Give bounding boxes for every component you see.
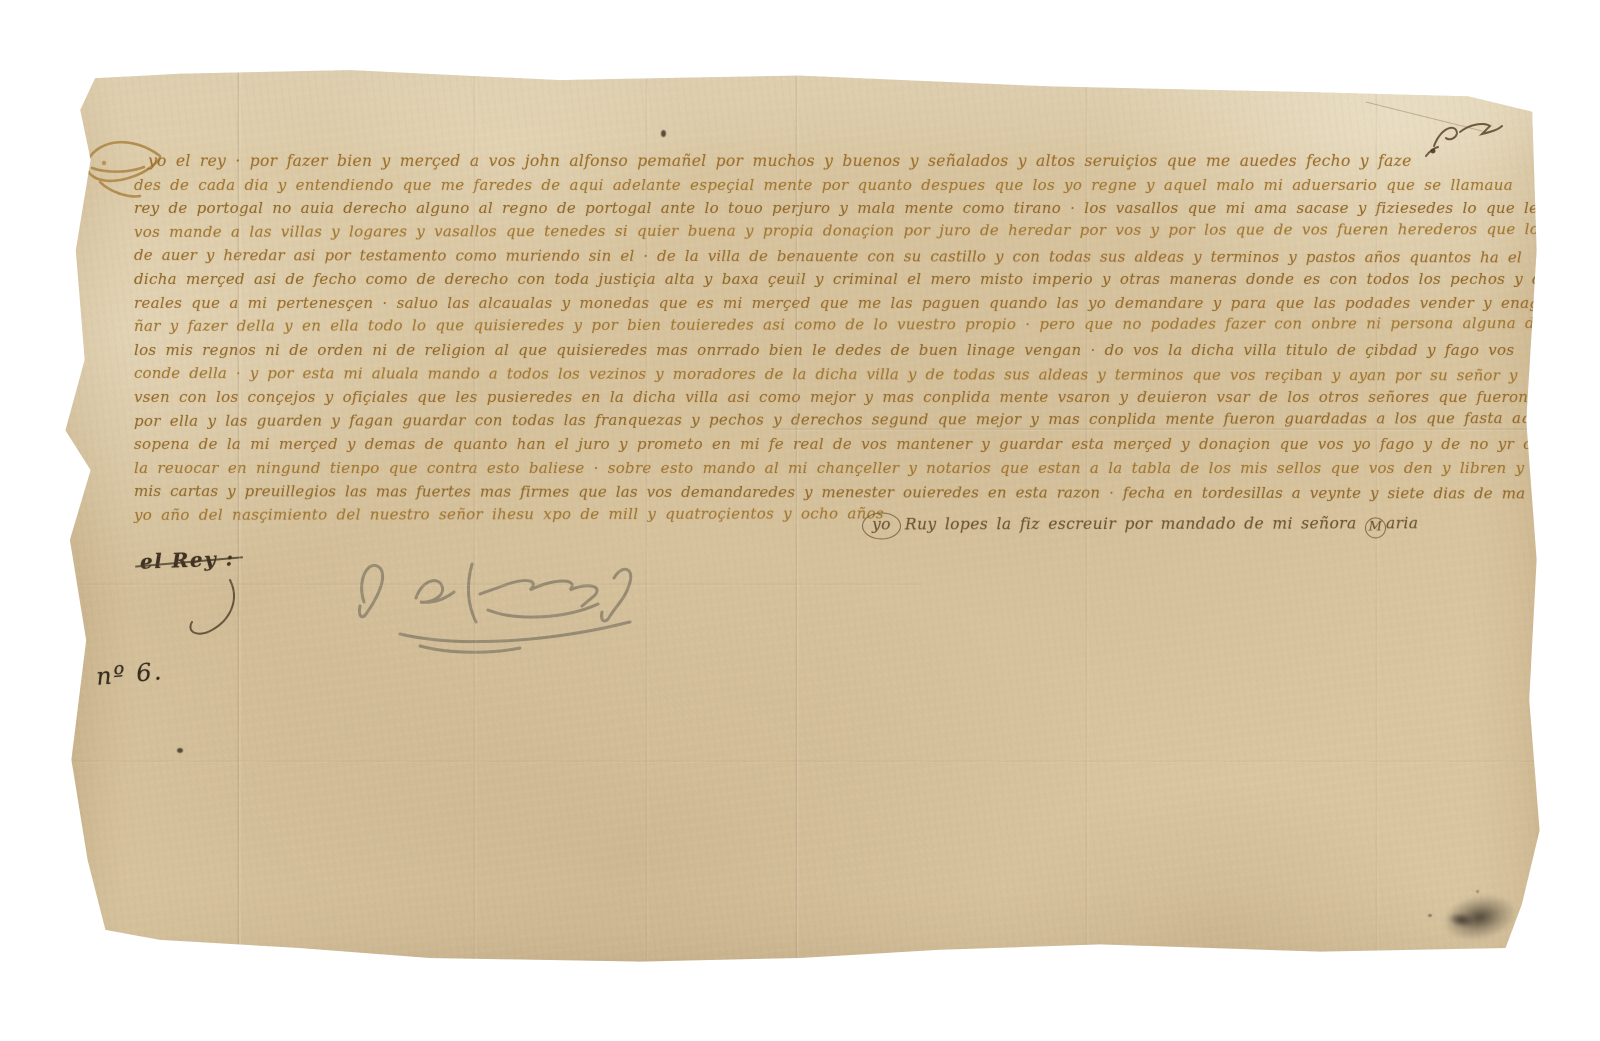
- ink-stain: [1438, 888, 1521, 948]
- ink-speck: [1428, 914, 1432, 917]
- archive-number-annotation: nº 6.: [95, 657, 164, 691]
- ink-speck: [177, 748, 183, 753]
- manuscript-photo: yo el rey · por fazer bien y merçed a vo…: [0, 0, 1600, 1041]
- king-signature: el Rey :: [140, 546, 235, 573]
- manuscript-line: sopena de la mi merçed y demas de quanto…: [134, 433, 1454, 457]
- manuscript-line: ñar y fazer della y en ella todo lo que …: [134, 312, 1454, 338]
- ink-speck: [1476, 890, 1479, 893]
- manuscript-line: conde della · y por esta mi aluala mando…: [134, 362, 1454, 388]
- manuscript-line: vsen con los conçejos y ofiçiales que le…: [134, 386, 1454, 410]
- manuscript-line: reales que a mi pertenesçen · saluo las …: [134, 292, 1454, 316]
- fold-crease-horizontal: [64, 583, 922, 586]
- manuscript-line: yo año del nasçimiento del nuestro señor…: [134, 501, 1454, 527]
- fold-crease-horizontal: [64, 760, 1544, 763]
- notarial-sign: M: [1365, 517, 1386, 538]
- chancery-rubric-flourish: [330, 542, 650, 672]
- scribe-initial-oval: yo: [862, 512, 901, 539]
- scribe-subscription-text: Ruy lopes la fiz escreuir por mandado de…: [905, 514, 1357, 533]
- manuscript-line: dicha merçed asi de fecho como de derech…: [134, 268, 1454, 292]
- manuscript-line: rey de portogal no auia derecho alguno a…: [134, 197, 1454, 221]
- date-line-text: yo año del nasçimiento del nuestro señor…: [134, 504, 884, 524]
- manuscript-line: por ella y las guarden y fagan guardar c…: [134, 407, 1454, 433]
- manuscript-text-block: yo el rey · por fazer bien y merçed a vo…: [134, 150, 1454, 528]
- manuscript-line: de auer y heredar asi por testamento com…: [134, 244, 1454, 270]
- surface-crack: [1366, 101, 1483, 131]
- manuscript-line: vos mande a las villas y logares y vasal…: [134, 218, 1454, 244]
- manuscript-line: la reuocar en ningund tienpo que contra …: [134, 457, 1454, 481]
- parchment-sheet: yo el rey · por fazer bien y merçed a vo…: [64, 62, 1544, 967]
- manuscript-line: los mis regnos ni de orden ni de religio…: [134, 339, 1454, 363]
- manuscript-line: des de cada dia y entendiendo que me far…: [134, 174, 1454, 198]
- ink-speck: [661, 130, 666, 137]
- king-signature-flourish: [164, 576, 244, 646]
- scribe-subscription-line: yoRuy lopes la fiz escreuir por mandado …: [862, 511, 1418, 539]
- scribe-subscription-tail: aria: [1386, 514, 1418, 532]
- manuscript-line: yo el rey · por fazer bien y merçed a vo…: [134, 150, 1454, 174]
